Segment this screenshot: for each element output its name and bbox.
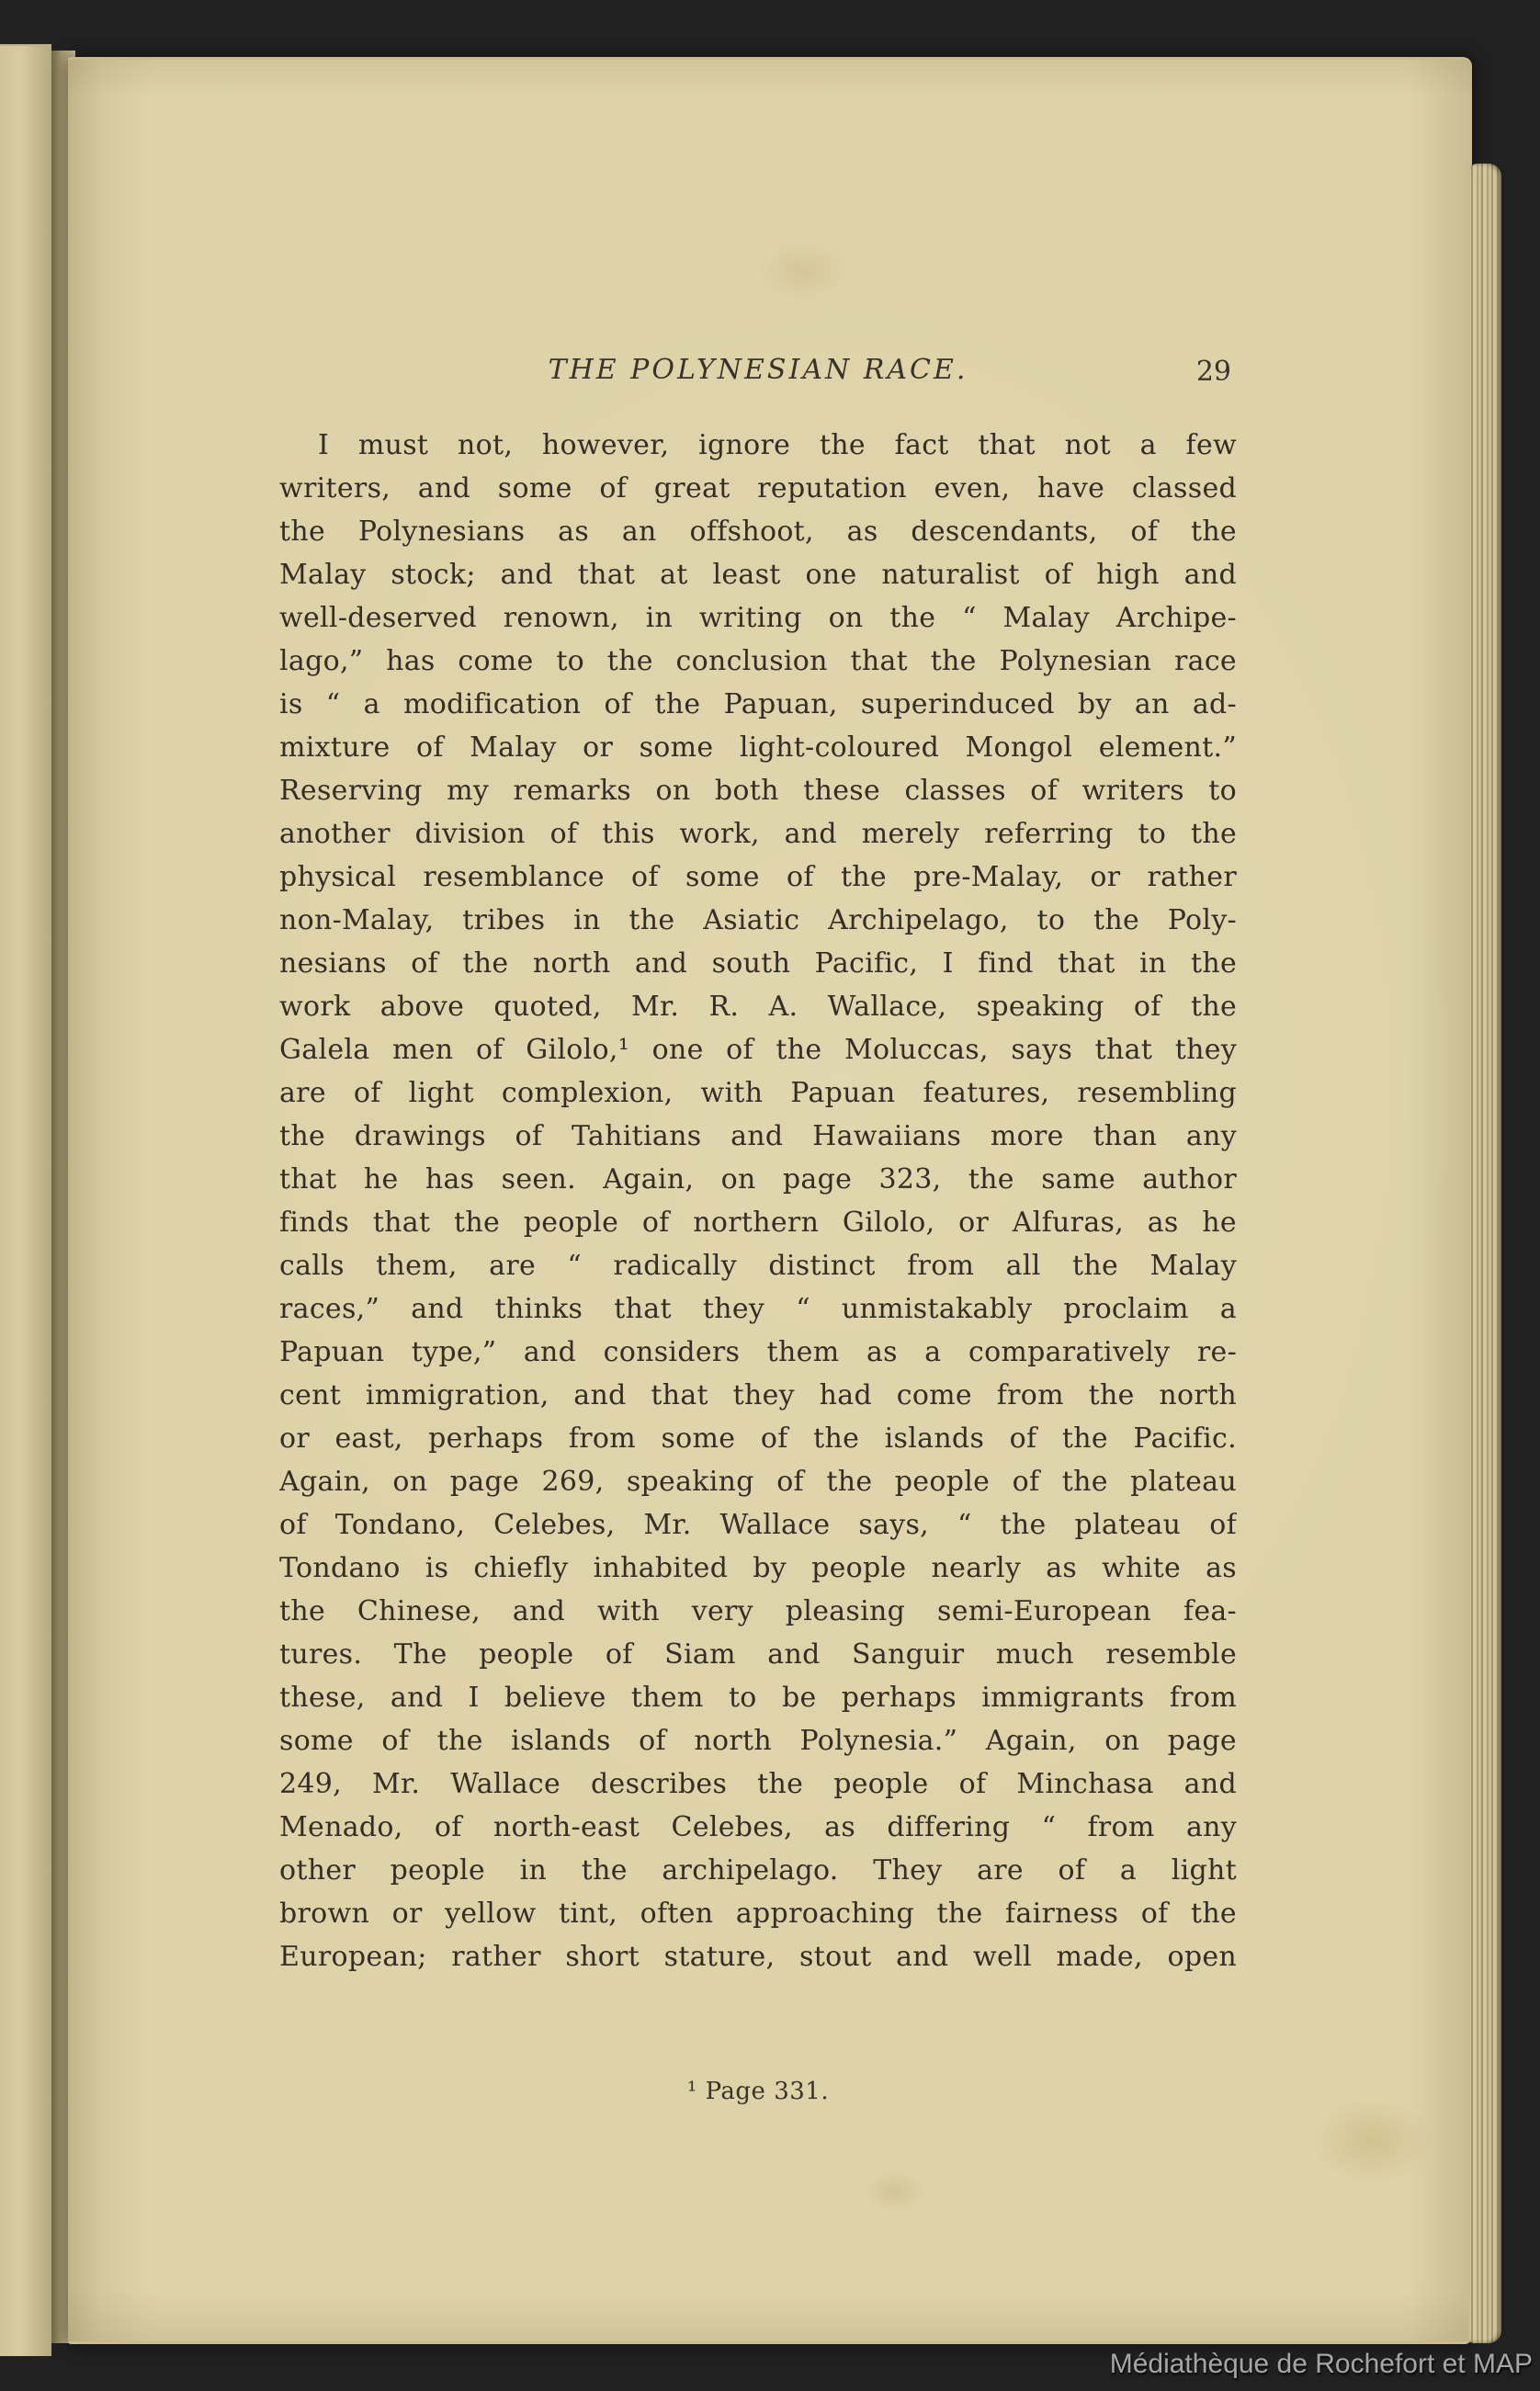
library-watermark: Médiathèque de Rochefort et MAP [1110,2349,1533,2380]
body-line: Papuan type,” and considers them as a co… [279,1331,1237,1374]
body-line: non-Malay, tribes in the Asiatic Archipe… [279,899,1237,942]
scan-background: THE POLYNESIAN RACE. 29 I must not, howe… [0,0,1540,2391]
body-line: is “ a modification of the Papuan, super… [279,683,1237,726]
body-line: physical resemblance of some of the pre-… [279,856,1237,899]
body-line: mixture of Malay or some light-coloured … [279,726,1237,769]
body-line: I must not, however, ignore the fact tha… [279,424,1237,467]
body-line: lago,” has come to the conclusion that t… [279,640,1237,683]
book-gutter-page-edge [0,44,51,2356]
body-line: other people in the archipelago. They ar… [279,1849,1237,1892]
page-number: 29 [1196,356,1231,388]
running-header-title: THE POLYNESIAN RACE. [279,354,1237,386]
running-header: THE POLYNESIAN RACE. 29 [279,354,1237,394]
body-line: or east, perhaps from some of the island… [279,1417,1237,1460]
body-line: Malay stock; and that at least one natur… [279,553,1237,596]
body-line: well-deserved renown, in writing on the … [279,596,1237,640]
body-line: of Tondano, Celebes, Mr. Wallace says, “… [279,1503,1237,1547]
body-line: Reserving my remarks on both these class… [279,769,1237,812]
body-line: brown or yellow tint, often approaching … [279,1892,1237,1935]
body-line: cent immigration, and that they had come… [279,1374,1237,1417]
body-line: another division of this work, and merel… [279,812,1237,856]
body-line: Menado, of north-east Celebes, as differ… [279,1806,1237,1849]
book-page: THE POLYNESIAN RACE. 29 I must not, howe… [68,57,1472,2344]
body-line: European; rather short stature, stout an… [279,1935,1237,1978]
body-line: some of the islands of north Polynesia.”… [279,1719,1237,1762]
body-line: Tondano is chiefly inhabited by people n… [279,1547,1237,1590]
body-line: the Chinese, and with very pleasing semi… [279,1590,1237,1633]
body-text: I must not, however, ignore the fact tha… [279,424,1237,1978]
body-line: the drawings of Tahitians and Hawaiians … [279,1115,1237,1158]
body-line: 249, Mr. Wallace describes the people of… [279,1762,1237,1806]
footnote: ¹ Page 331. [279,2078,1237,2105]
body-line: races,” and thinks that they “ unmistaka… [279,1287,1237,1331]
body-line: writers, and some of great reputation ev… [279,467,1237,510]
body-line: that he has seen. Again, on page 323, th… [279,1158,1237,1201]
body-line: work above quoted, Mr. R. A. Wallace, sp… [279,985,1237,1028]
body-line: tures. The people of Siam and Sanguir mu… [279,1633,1237,1676]
body-line: these, and I believe them to be perhaps … [279,1676,1237,1719]
body-line: Again, on page 269, speaking of the peop… [279,1460,1237,1503]
body-line: the Polynesians as an offshoot, as desce… [279,510,1237,553]
body-line: nesians of the north and south Pacific, … [279,942,1237,985]
body-line: finds that the people of northern Gilolo… [279,1201,1237,1244]
body-line: are of light complexion, with Papuan fea… [279,1071,1237,1115]
body-line: calls them, are “ radically distinct fro… [279,1244,1237,1287]
body-line: Galela men of Gilolo,¹ one of the Molucc… [279,1028,1237,1071]
book-fore-edge-pages [1468,164,1501,2343]
